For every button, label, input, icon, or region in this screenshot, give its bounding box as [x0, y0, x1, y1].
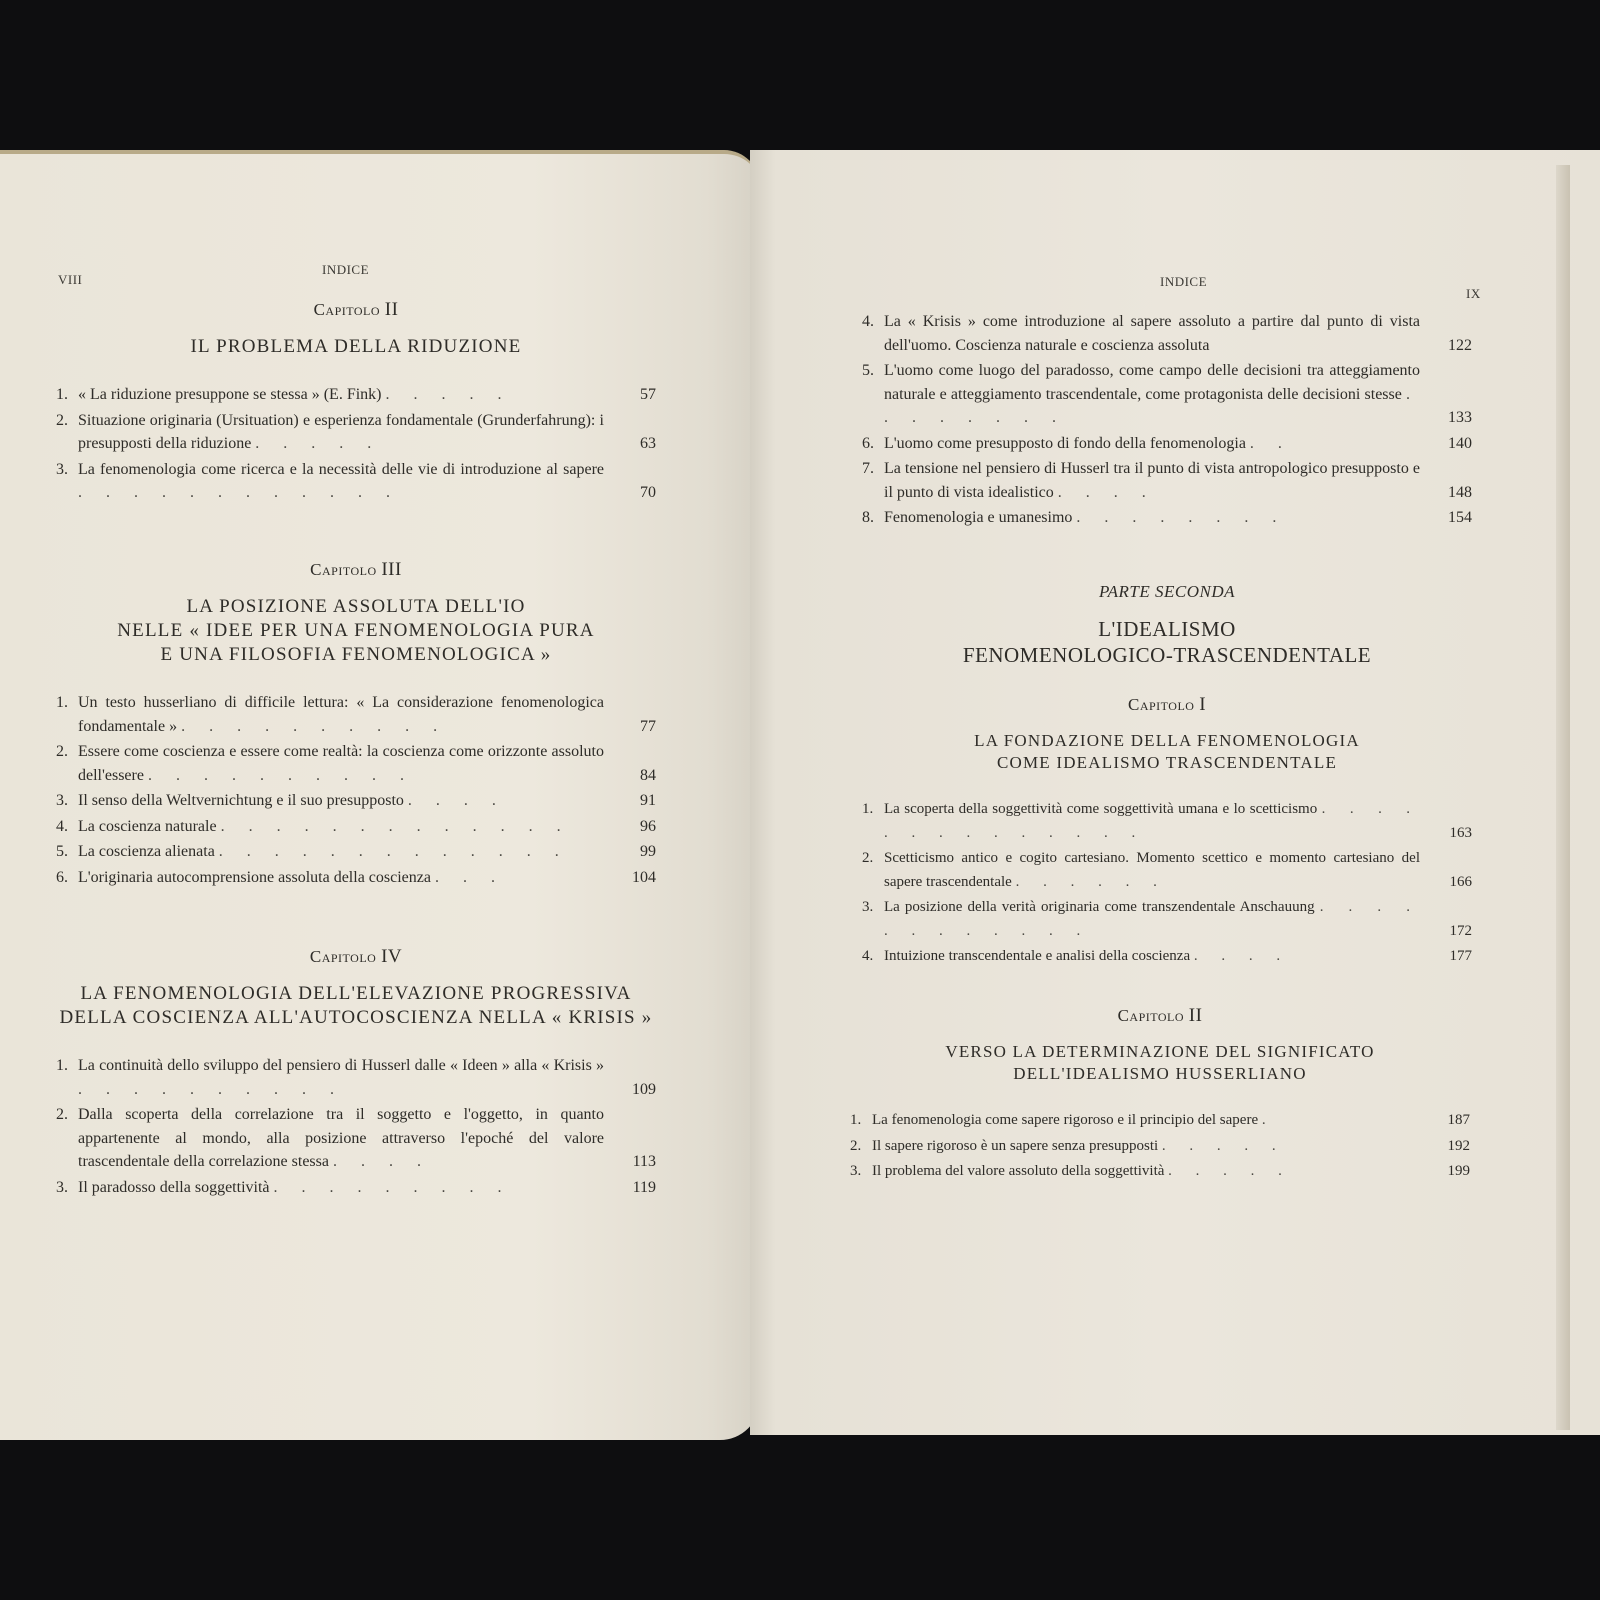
- toc-entry[interactable]: 4.Intuizione transcendentale e analisi d…: [862, 945, 1472, 969]
- toc-entry[interactable]: 1.« La riduzione presuppone se stessa » …: [56, 383, 656, 407]
- chapter-label: Capitolo II: [56, 299, 656, 321]
- toc-entry[interactable]: 3.La posizione della verità originaria c…: [862, 896, 1472, 943]
- toc-entry[interactable]: 4.La coscienza naturale . . . . . . . . …: [56, 815, 656, 839]
- chapter-2-section: Capitolo II Il problema della riduzione …: [56, 299, 656, 507]
- chapter-title: Il problema della riduzione: [56, 335, 656, 359]
- toc-entry[interactable]: 6.L'originaria autocomprensione assoluta…: [56, 866, 656, 890]
- part-title: L'IDEALISMO FENOMENOLOGICO-TRASCENDENTAL…: [862, 616, 1472, 668]
- part-two-chapter-2-section: Capitolo II Verso la determinazione del …: [850, 1005, 1470, 1186]
- right-page-edge: [1556, 165, 1570, 1430]
- right-page: INDICE IX 4.La « Krisis » come introduzi…: [750, 150, 1600, 1435]
- toc-entry[interactable]: 1.Un testo husserliano di difficile lett…: [56, 691, 656, 738]
- toc-entry[interactable]: 5.L'uomo come luogo del paradosso, come …: [862, 359, 1472, 430]
- chapter-continued-section: 4.La « Krisis » come introduzione al sap…: [862, 310, 1472, 532]
- toc-entry[interactable]: 3.Il paradosso della soggettività . . . …: [56, 1176, 656, 1200]
- toc-entry[interactable]: 2.Essere come coscienza e essere come re…: [56, 740, 656, 787]
- toc-entry[interactable]: 1.La scoperta della soggettività come so…: [862, 798, 1472, 845]
- page-number-right: IX: [1466, 286, 1481, 302]
- part-label: PARTE SECONDA: [862, 582, 1472, 602]
- toc-entry[interactable]: 3.Il senso della Weltvernichtung e il su…: [56, 789, 656, 813]
- chapter-label: Capitolo I: [862, 694, 1472, 716]
- toc-entry[interactable]: 2.Il sapere rigoroso è un sapere senza p…: [850, 1135, 1470, 1159]
- running-head-right: INDICE: [1160, 274, 1207, 290]
- chapter-3-section: Capitolo III La posizione assoluta dell'…: [56, 559, 656, 891]
- chapter-title: La fenomenologia dell'elevazione progres…: [56, 982, 656, 1030]
- left-page: VIII INDICE Capitolo II Il problema dell…: [0, 150, 760, 1440]
- chapter-label: Capitolo II: [850, 1005, 1470, 1027]
- page-number-left: VIII: [58, 272, 82, 288]
- toc-entry[interactable]: 8.Fenomenologia e umanesimo . . . . . . …: [862, 506, 1472, 530]
- toc-entry[interactable]: 2.Dalla scoperta della correlazione tra …: [56, 1103, 656, 1174]
- toc-entry[interactable]: 6.L'uomo come presupposto di fondo della…: [862, 432, 1472, 456]
- toc-entry[interactable]: 1.La continuità dello sviluppo del pensi…: [56, 1054, 656, 1101]
- toc-entry[interactable]: 3.La fenomenologia come ricerca e la nec…: [56, 458, 656, 505]
- toc-entry[interactable]: 7.La tensione nel pensiero di Husserl tr…: [862, 457, 1472, 504]
- toc-entry[interactable]: 2.Scetticismo antico e cogito cartesiano…: [862, 847, 1472, 894]
- chapter-label: Capitolo III: [56, 559, 656, 581]
- toc-entry[interactable]: 4.La « Krisis » come introduzione al sap…: [862, 310, 1472, 357]
- chapter-4-section: Capitolo IV La fenomenologia dell'elevaz…: [56, 946, 656, 1201]
- chapter-title: La posizione assoluta dell'io nelle « Id…: [56, 595, 656, 667]
- toc-entry[interactable]: 1.La fenomenologia come sapere rigoroso …: [850, 1109, 1470, 1133]
- chapter-label: Capitolo IV: [56, 946, 656, 968]
- toc-entry[interactable]: 5.La coscienza alienata . . . . . . . . …: [56, 840, 656, 864]
- toc-entry[interactable]: 3.Il problema del valore assoluto della …: [850, 1160, 1470, 1184]
- running-head-left: INDICE: [322, 262, 369, 278]
- part-two-section: PARTE SECONDA L'IDEALISMO FENOMENOLOGICO…: [862, 582, 1472, 971]
- toc-entry[interactable]: 2.Situazione originaria (Ursituation) e …: [56, 409, 656, 456]
- chapter-title: Verso la determinazione del significato …: [850, 1041, 1470, 1085]
- chapter-title: La fondazione della fenomenologia come i…: [862, 730, 1472, 774]
